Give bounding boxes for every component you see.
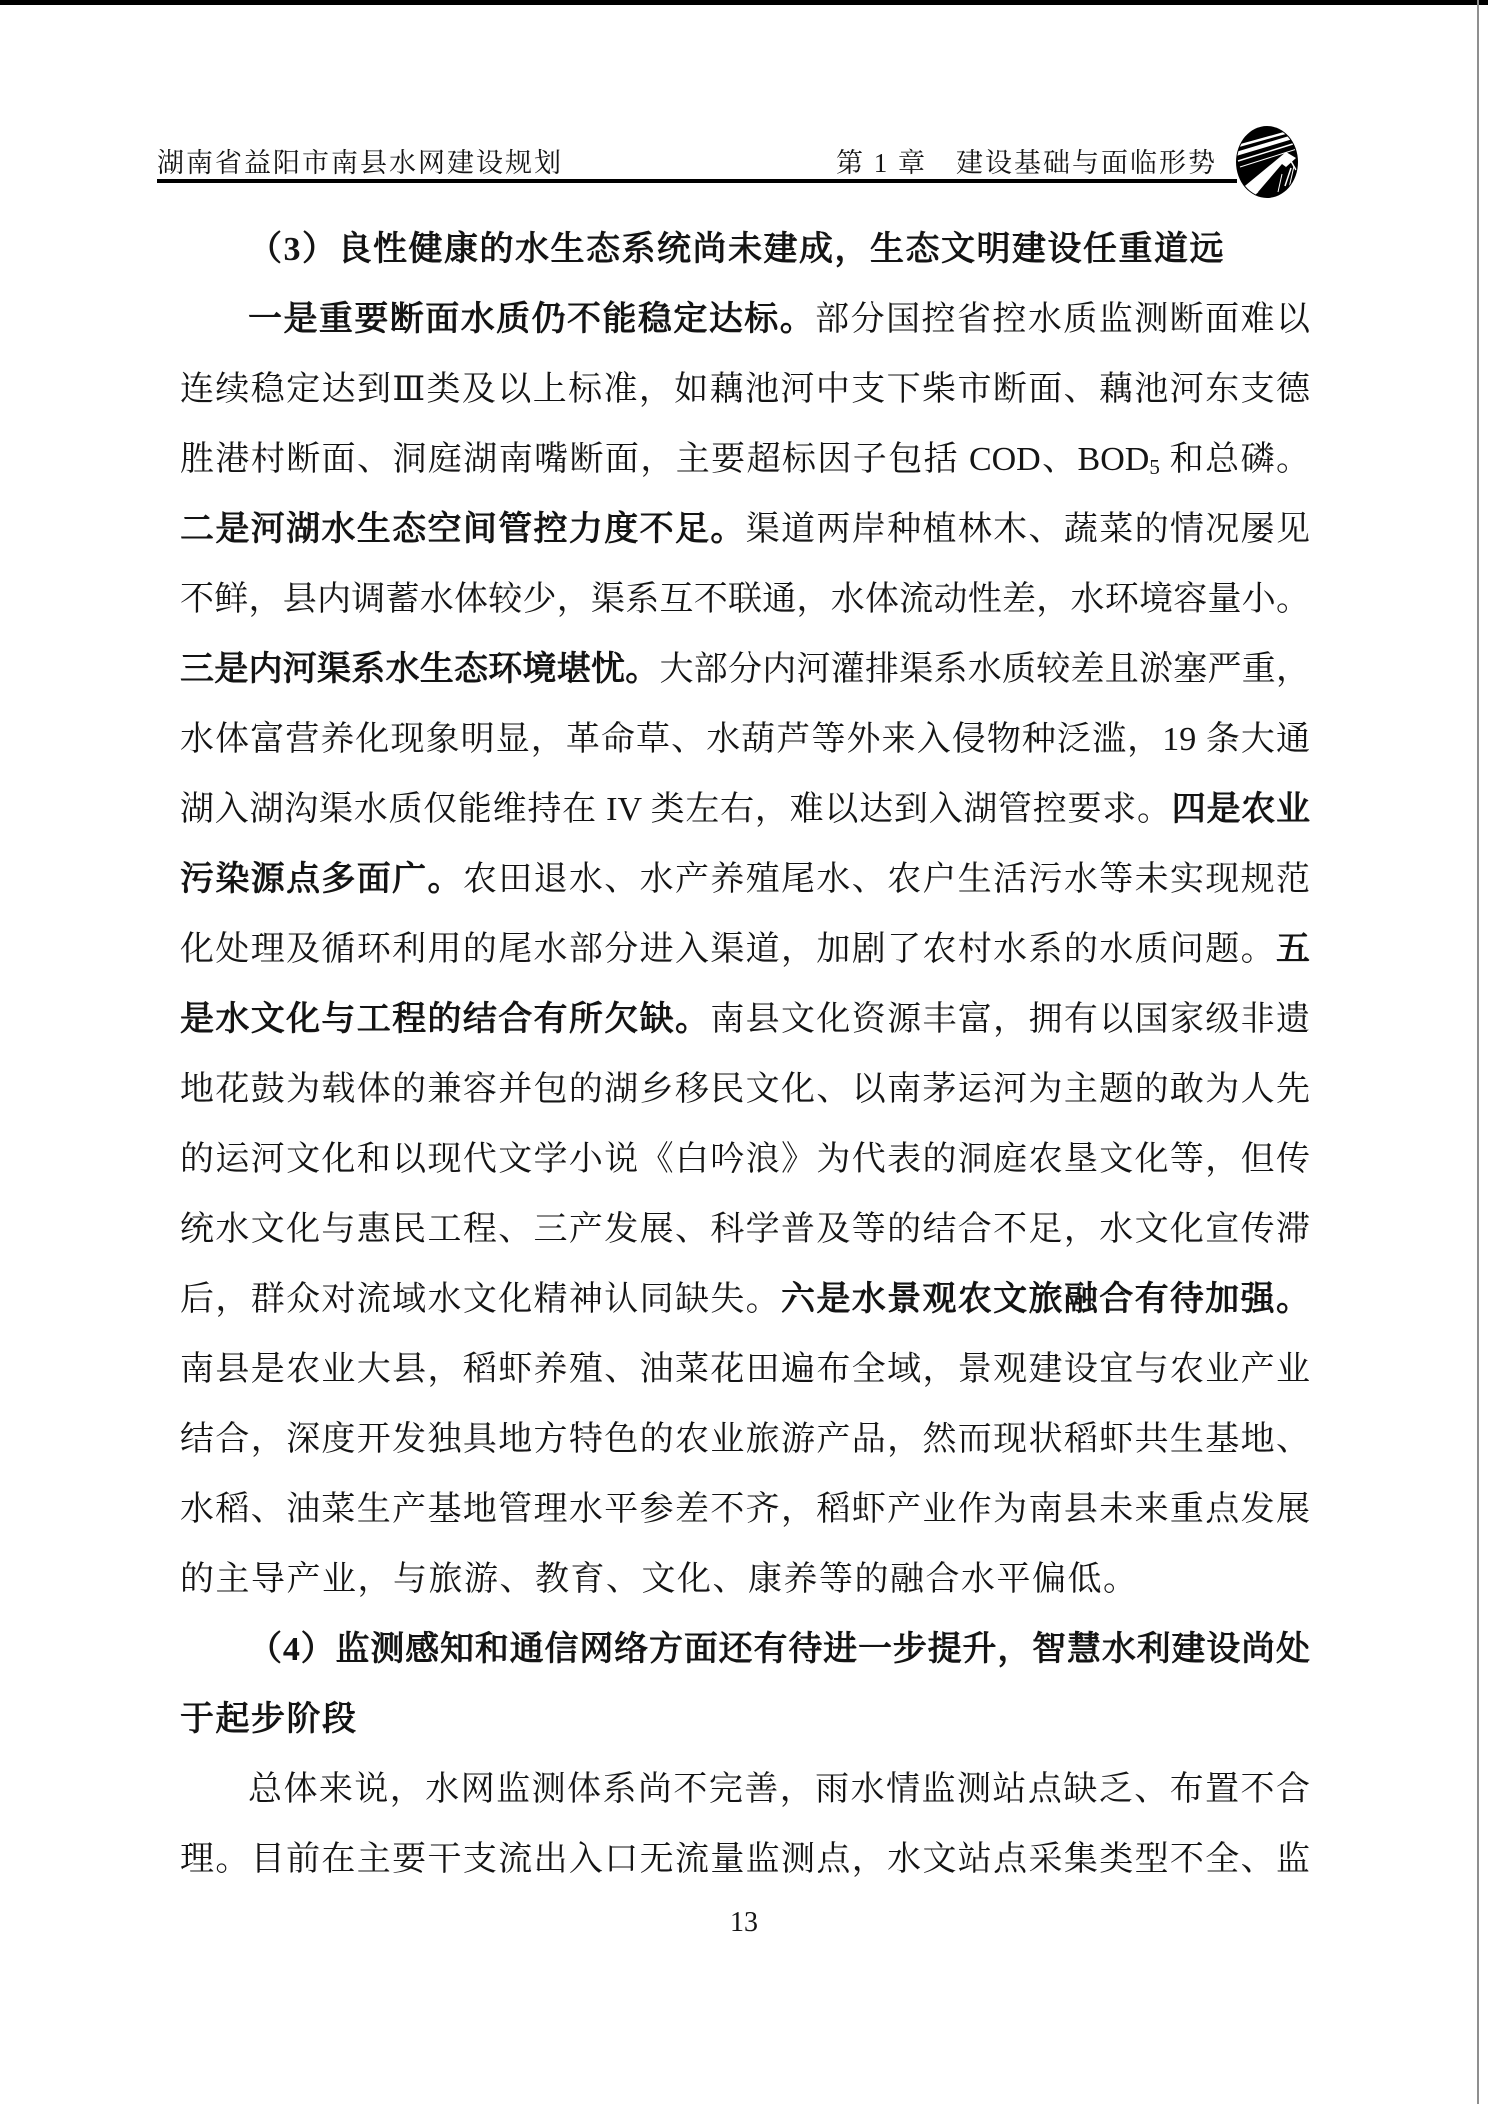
body-line: 结合，深度开发独具地方特色的农业旅游产品，然而现状稻虾共生基地、 <box>180 1405 1310 1475</box>
text-segment: 水稻、油菜生产基地管理水平参差不齐，稻虾产业作为南县未来重点发展 <box>180 1491 1310 1528</box>
bold-text-segment: （3）良性健康的水生态系统尚未建成，生态文明建设任重道远 <box>248 231 1225 268</box>
text-segment: 水体富营养化现象明显，革命草、水葫芦等外来入侵物种泛滥，19 条大通 <box>180 721 1310 758</box>
body-line: 水体富营养化现象明显，革命草、水葫芦等外来入侵物种泛滥，19 条大通 <box>180 705 1310 775</box>
bold-text-segment: 二是河湖水生态空间管控力度不足。 <box>180 511 746 548</box>
body-line: 连续稳定达到Ⅲ类及以上标准，如藕池河中支下柴市断面、藕池河东支德 <box>180 355 1310 425</box>
text-segment: 总体来说，水网监测体系尚不完善，雨水情监测站点缺乏、布置不合 <box>248 1771 1310 1808</box>
page-number: 13 <box>0 1906 1488 1940</box>
heading-line: （4）监测感知和通信网络方面还有待进一步提升，智慧水利建设尚处 <box>180 1615 1310 1685</box>
text-segment: 后，群众对流域水文化精神认同缺失。 <box>180 1281 781 1318</box>
text-segment: 农田退水、水产养殖尾水、农户生活污水等未实现规范 <box>463 861 1310 898</box>
bold-text-segment: 于起步阶段 <box>180 1701 358 1738</box>
scan-top-bar <box>0 0 1488 5</box>
body-line: 不鲜，县内调蓄水体较少，渠系互不联通，水体流动性差，水环境容量小。 <box>180 565 1310 635</box>
text-segment: 的运河文化和以现代文学小说《白吟浪》为代表的洞庭农垦文化等，但传 <box>180 1141 1310 1178</box>
header-chapter-title: 第 1 章 建设基础与面临形势 <box>836 148 1217 178</box>
heading-line: （3）良性健康的水生态系统尚未建成，生态文明建设任重道远 <box>180 215 1310 285</box>
bold-text-segment: （4）监测感知和通信网络方面还有待进一步提升，智慧水利建设尚处 <box>248 1631 1310 1668</box>
body-line: 南县是农业大县，稻虾养殖、油菜花田遍布全域，景观建设宜与农业产业 <box>180 1335 1310 1405</box>
page-body: （3）良性健康的水生态系统尚未建成，生态文明建设任重道远一是重要断面水质仍不能稳… <box>180 215 1310 1895</box>
text-segment: 湖入湖沟渠水质仅能维持在 IV 类左右，难以达到入湖管控要求。 <box>180 791 1172 828</box>
text-segment: 部分国控省控水质监测断面难以 <box>815 301 1310 338</box>
header-rule <box>157 179 1237 183</box>
body-line: 地花鼓为载体的兼容并包的湖乡移民文化、以南茅运河为主题的敢为人先 <box>180 1055 1310 1125</box>
text-segment: 渠道两岸种植林木、蔬菜的情况屡见 <box>746 511 1310 548</box>
body-line: 化处理及循环利用的尾水部分进入渠道，加剧了农村水系的水质问题。五 <box>180 915 1310 985</box>
body-line: 三是内河渠系水生态环境堪忧。大部分内河灌排渠系水质较差且淤塞严重， <box>180 635 1310 705</box>
text-segment: 5 <box>1149 455 1160 479</box>
text-segment: 南县是农业大县，稻虾养殖、油菜花田遍布全域，景观建设宜与农业产业 <box>180 1351 1310 1388</box>
text-segment: 不鲜，县内调蓄水体较少，渠系互不联通，水体流动性差，水环境容量小。 <box>180 581 1310 618</box>
text-segment: 胜港村断面、洞庭湖南嘴断面，主要超标因子包括 COD、BOD <box>180 441 1149 478</box>
body-line: 理。目前在主要干支流出入口无流量监测点，水文站点采集类型不全、监 <box>180 1825 1310 1895</box>
bold-text-segment: 一是重要断面水质仍不能稳定达标。 <box>248 301 815 338</box>
heading-line: 于起步阶段 <box>180 1685 1310 1755</box>
text-segment: 大部分内河灌排渠系水质较差且淤塞严重， <box>660 651 1311 688</box>
body-line: 后，群众对流域水文化精神认同缺失。六是水景观农文旅融合有待加强。 <box>180 1265 1310 1335</box>
scan-edge-artifact <box>1477 0 1479 2104</box>
bold-text-segment: 三是内河渠系水生态环境堪忧。 <box>180 651 660 688</box>
body-line: 污染源点多面广。农田退水、水产养殖尾水、农户生活污水等未实现规范 <box>180 845 1310 915</box>
text-segment: 的主导产业，与旅游、教育、文化、康养等的融合水平偏低。 <box>180 1561 1139 1598</box>
document-page: { "header": { "left_title": "湖南省益阳市南县水网建… <box>0 0 1488 2104</box>
text-segment: 理。目前在主要干支流出入口无流量监测点，水文站点采集类型不全、监 <box>180 1841 1310 1878</box>
road-emblem-icon <box>1236 126 1298 198</box>
body-line: 统水文化与惠民工程、三产发展、科学普及等的结合不足，水文化宣传滞 <box>180 1195 1310 1265</box>
text-segment: 南县文化资源丰富，拥有以国家级非遗 <box>710 1001 1310 1038</box>
header-document-title: 湖南省益阳市南县水网建设规划 <box>157 148 563 178</box>
body-line: 总体来说，水网监测体系尚不完善，雨水情监测站点缺乏、布置不合 <box>180 1755 1310 1825</box>
bold-text-segment: 六是水景观农文旅融合有待加强。 <box>781 1281 1310 1318</box>
text-segment: 连续稳定达到Ⅲ类及以上标准，如藕池河中支下柴市断面、藕池河东支德 <box>180 371 1310 408</box>
bold-text-segment: 污染源点多面广。 <box>180 861 463 898</box>
body-line: 胜港村断面、洞庭湖南嘴断面，主要超标因子包括 COD、BOD5 和总磷。 <box>180 425 1310 495</box>
body-line: 一是重要断面水质仍不能稳定达标。部分国控省控水质监测断面难以 <box>180 285 1310 355</box>
bold-text-segment: 是水文化与工程的结合有所欠缺。 <box>180 1001 710 1038</box>
text-segment: 和总磷。 <box>1160 441 1310 478</box>
body-line: 的主导产业，与旅游、教育、文化、康养等的融合水平偏低。 <box>180 1545 1310 1615</box>
body-line: 水稻、油菜生产基地管理水平参差不齐，稻虾产业作为南县未来重点发展 <box>180 1475 1310 1545</box>
text-segment: 统水文化与惠民工程、三产发展、科学普及等的结合不足，水文化宣传滞 <box>180 1211 1310 1248</box>
text-segment: 结合，深度开发独具地方特色的农业旅游产品，然而现状稻虾共生基地、 <box>180 1421 1310 1458</box>
text-segment: 地花鼓为载体的兼容并包的湖乡移民文化、以南茅运河为主题的敢为人先 <box>180 1071 1310 1108</box>
body-line: 二是河湖水生态空间管控力度不足。渠道两岸种植林木、蔬菜的情况屡见 <box>180 495 1310 565</box>
body-line: 湖入湖沟渠水质仅能维持在 IV 类左右，难以达到入湖管控要求。四是农业 <box>180 775 1310 845</box>
body-line: 是水文化与工程的结合有所欠缺。南县文化资源丰富，拥有以国家级非遗 <box>180 985 1310 1055</box>
bold-text-segment: 五 <box>1276 931 1310 968</box>
body-line: 的运河文化和以现代文学小说《白吟浪》为代表的洞庭农垦文化等，但传 <box>180 1125 1310 1195</box>
bold-text-segment: 四是农业 <box>1172 791 1310 828</box>
text-segment: 化处理及循环利用的尾水部分进入渠道，加剧了农村水系的水质问题。 <box>180 931 1276 968</box>
